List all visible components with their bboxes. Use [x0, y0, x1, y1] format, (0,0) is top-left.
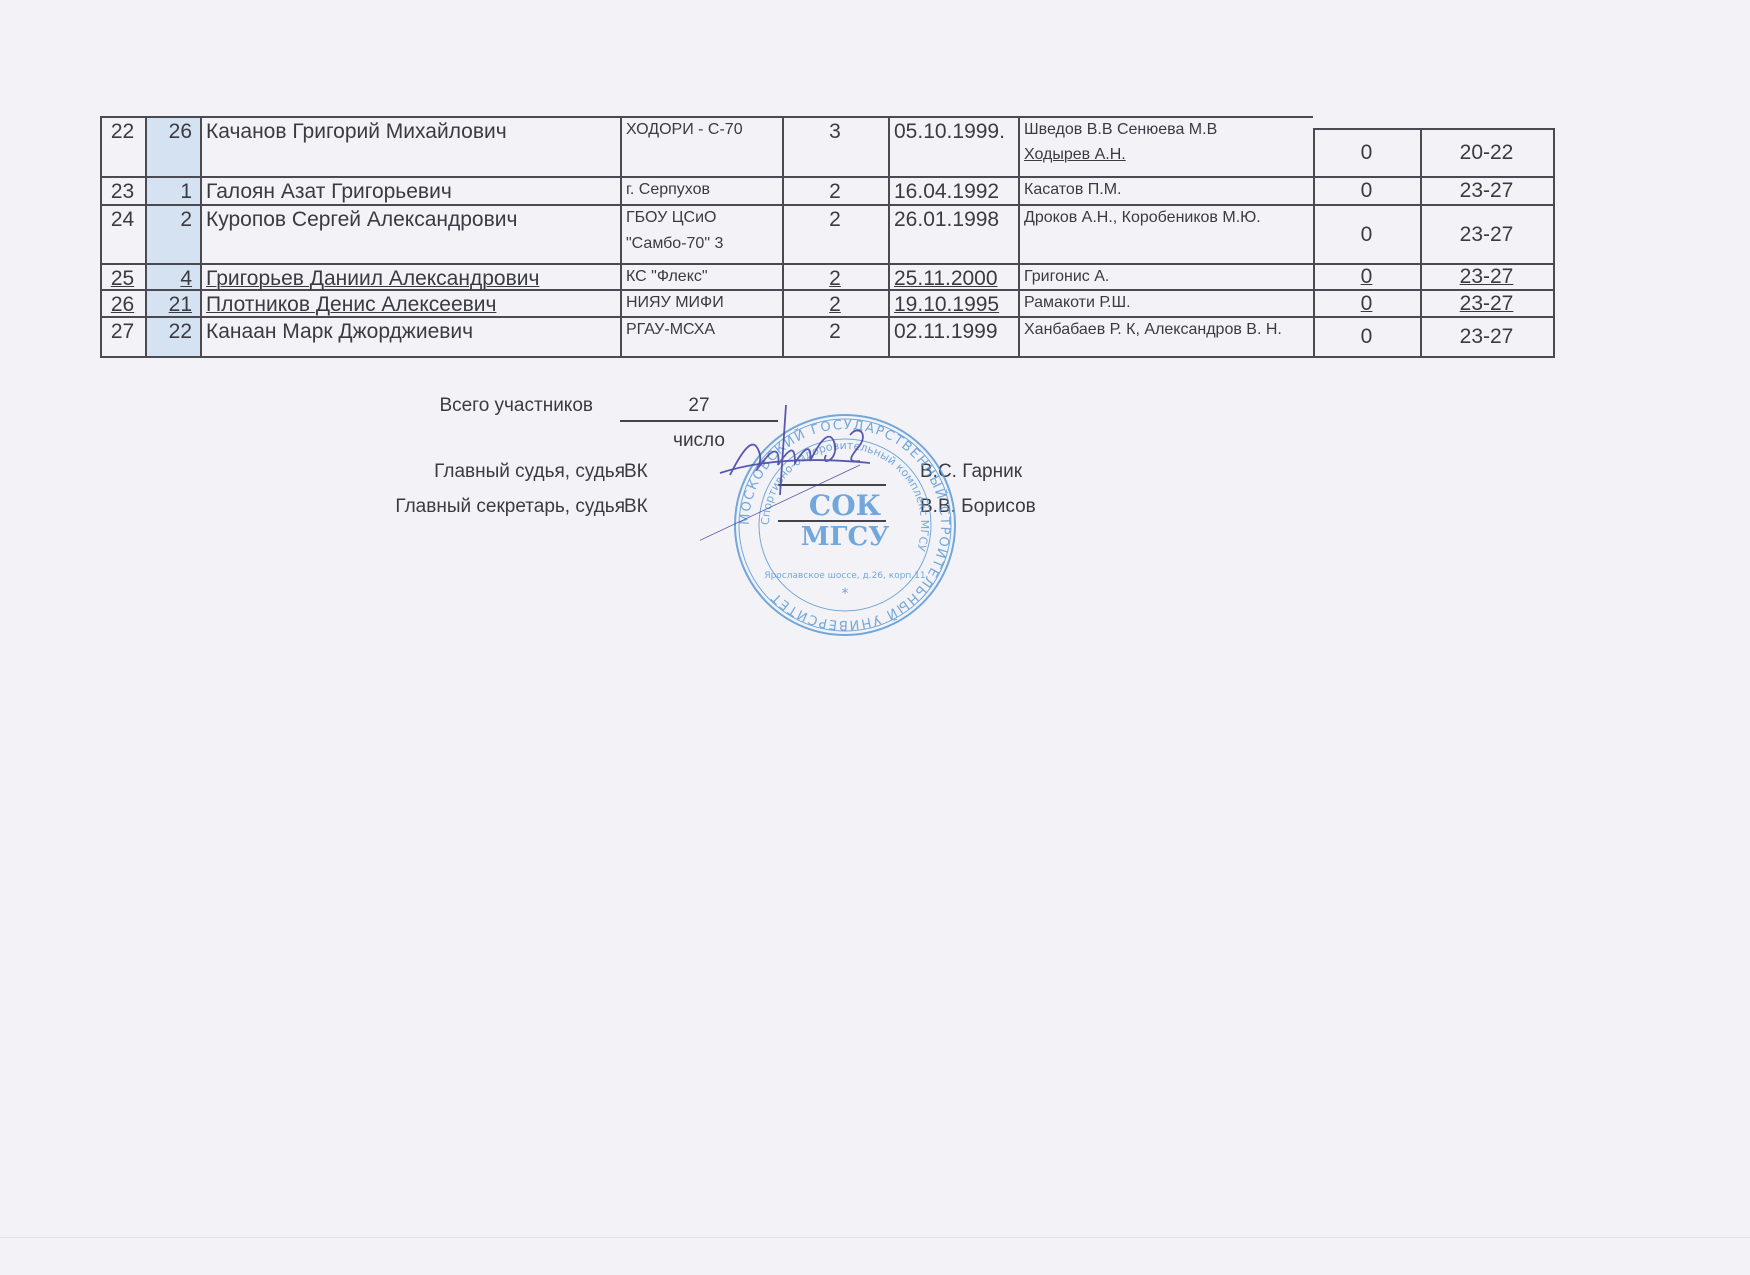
- points-cell: 0: [1313, 180, 1420, 201]
- table-border: [1553, 128, 1555, 358]
- chief-judge-category: ВК: [624, 461, 648, 483]
- chief-judge-label: Главный судья, судья: [434, 461, 625, 483]
- coaches-cell: Григонис А.: [1024, 269, 1109, 285]
- number-cell: 1: [145, 181, 192, 202]
- points-cell: 0: [1313, 224, 1420, 245]
- name-cell: Качанов Григорий Михайлович: [206, 121, 507, 142]
- team-cell: НИЯУ МИФИ: [626, 295, 724, 311]
- rank-cell: 2: [782, 294, 888, 315]
- birth-date-cell: 05.10.1999.: [894, 121, 1005, 142]
- rank-cell: 2: [782, 209, 888, 230]
- birth-date-cell: 02.11.1999: [894, 321, 998, 342]
- coaches-cell: Касатов П.М.: [1024, 182, 1121, 198]
- place-range-cell: 20-22: [1420, 142, 1553, 163]
- number-cell: 2: [145, 209, 192, 230]
- place-cell: 27: [100, 321, 145, 342]
- place-range-cell: 23-27: [1420, 293, 1553, 314]
- total-participants-label: Всего участников: [439, 395, 593, 417]
- place-range-cell: 23-27: [1420, 266, 1553, 287]
- coaches-cell: Ханбабаев Р. К, Александров В. Н.: [1024, 322, 1282, 338]
- birth-date-cell: 16.04.1992: [894, 181, 999, 202]
- place-range-cell: 23-27: [1420, 180, 1553, 201]
- svg-text:*: *: [842, 586, 849, 602]
- name-cell: Плотников Денис Алексеевич: [206, 294, 496, 315]
- name-cell: Григорьев Даниил Александрович: [206, 268, 539, 289]
- number-cell: 26: [145, 121, 192, 142]
- place-range-cell: 23-27: [1420, 326, 1553, 347]
- number-cell: 4: [145, 268, 192, 289]
- rank-cell: 2: [782, 268, 888, 289]
- number-cell: 22: [145, 321, 192, 342]
- stamp-address: Ярославское шоссе, д.26, корп.11: [764, 571, 925, 581]
- place-cell: 25: [100, 268, 145, 289]
- points-cell: 0: [1313, 142, 1420, 163]
- signature: [700, 405, 900, 565]
- points-cell: 0: [1313, 293, 1420, 314]
- rank-cell: 2: [782, 321, 888, 342]
- place-cell: 24: [100, 209, 145, 230]
- team-cell: РГАУ-МСХА: [626, 322, 715, 338]
- team-cell: КС "Флекс": [626, 269, 708, 285]
- points-cell: 0: [1313, 326, 1420, 347]
- chief-secretary-category: ВК: [624, 496, 648, 518]
- coaches-cell: Шведов В.В Сенюева М.В: [1024, 122, 1217, 138]
- coaches-cell: Дроков А.Н., Коробеников М.Ю.: [1024, 210, 1261, 226]
- table-border: [100, 356, 1555, 358]
- place-cell: 22: [100, 121, 145, 142]
- name-cell: Галоян Азат Григорьевич: [206, 181, 452, 202]
- team-cell: ГБОУ ЦСиО: [626, 210, 716, 226]
- team-cell: г. Серпухов: [626, 182, 710, 198]
- rank-cell: 2: [782, 181, 888, 202]
- rank-cell: 3: [782, 121, 888, 142]
- coaches-cell: Рамакоти Р.Ш.: [1024, 295, 1131, 311]
- name-cell: Куропов Сергей Александрович: [206, 209, 517, 230]
- number-cell: 21: [145, 294, 192, 315]
- place-cell: 23: [100, 181, 145, 202]
- chief-secretary-label: Главный секретарь, судья: [395, 496, 625, 518]
- name-cell: Канаан Марк Джорджиевич: [206, 321, 473, 342]
- birth-date-cell: 25.11.2000: [894, 268, 998, 289]
- place-range-cell: 23-27: [1420, 224, 1553, 245]
- team-cell: "Самбо-70" 3: [626, 236, 723, 252]
- team-cell: ХОДОРИ - С-70: [626, 122, 743, 138]
- page-edge: [0, 1237, 1750, 1238]
- coaches-cell: Ходырев А.Н.: [1024, 147, 1126, 163]
- place-cell: 26: [100, 294, 145, 315]
- points-cell: 0: [1313, 266, 1420, 287]
- birth-date-cell: 19.10.1995: [894, 294, 999, 315]
- birth-date-cell: 26.01.1998: [894, 209, 999, 230]
